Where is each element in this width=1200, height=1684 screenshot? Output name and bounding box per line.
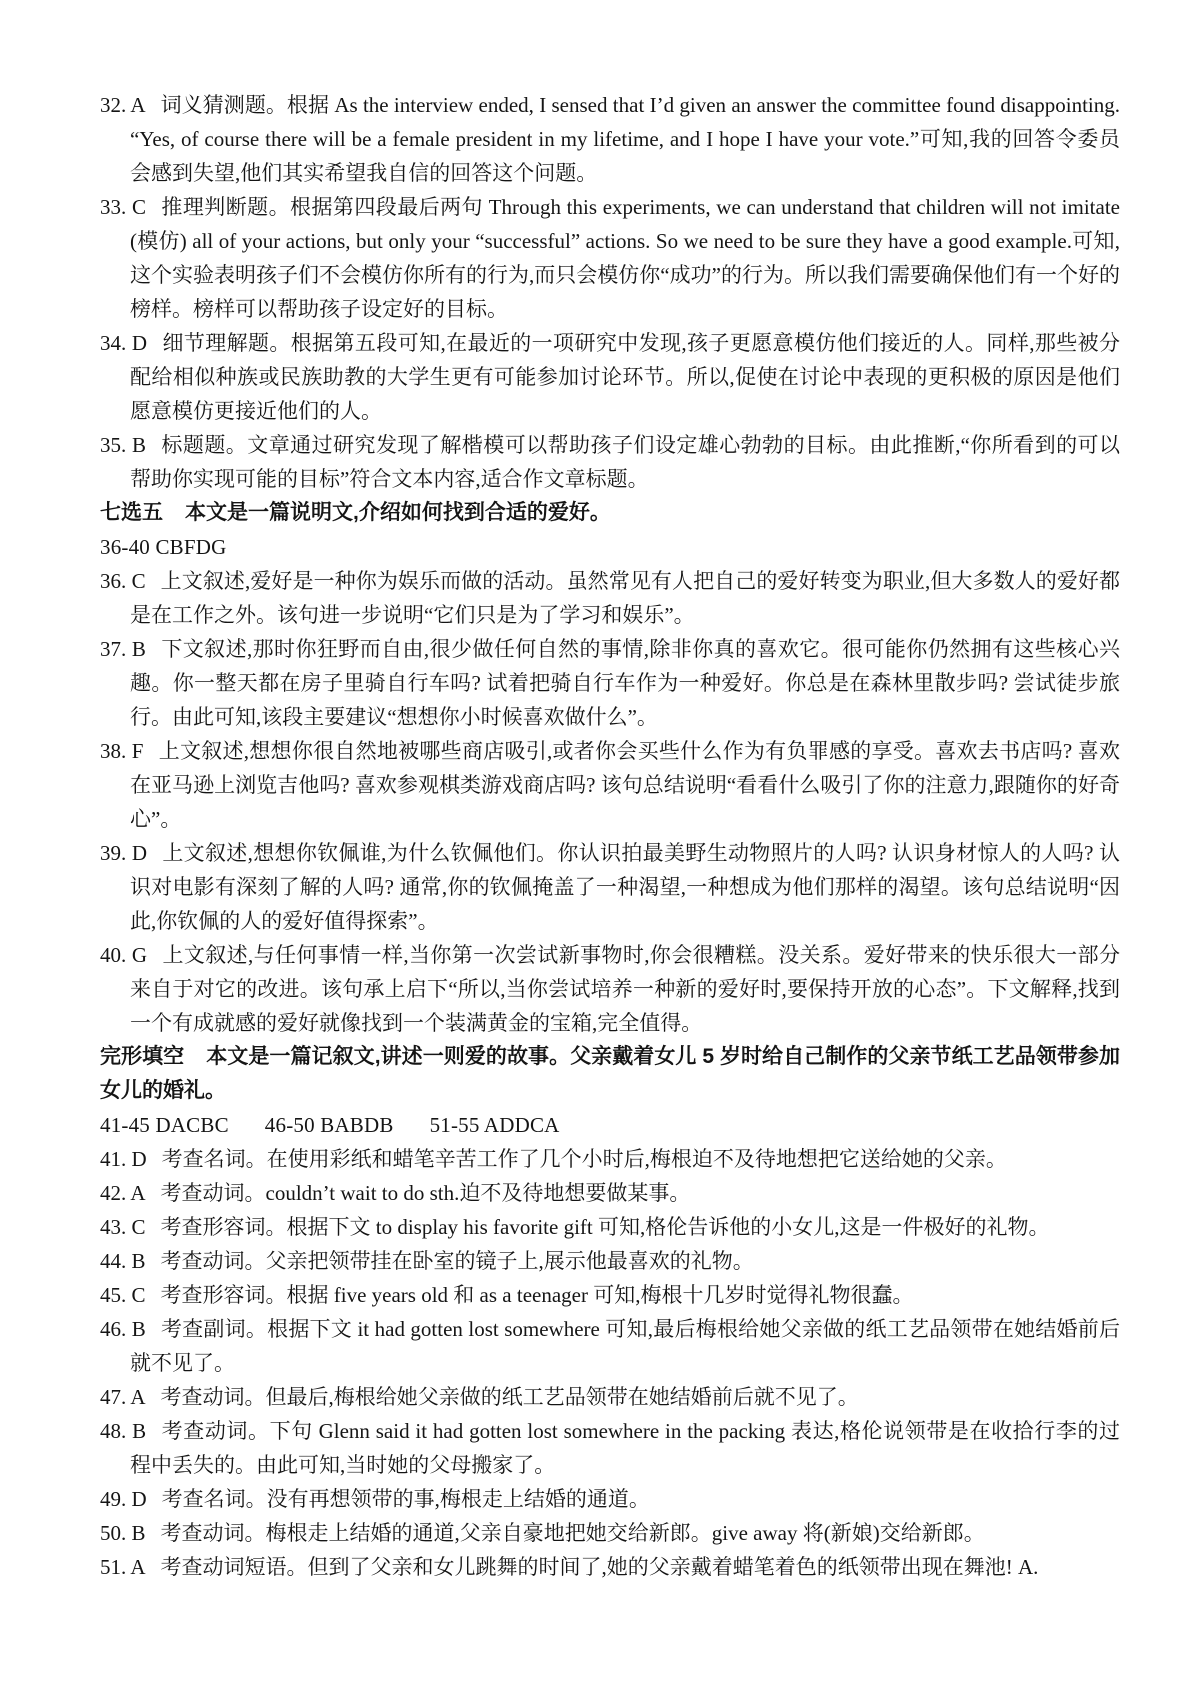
question-number-and-answer: 42. A [100,1181,146,1205]
answer-item-38: 38. F上文叙述,想想你很自然地被哪些商店吸引,或者你会买些什么作为有负罪感的… [100,734,1120,836]
answer-key-line: 36-40 CBFDG [100,530,1120,564]
answer-item-37: 37. B下文叙述,那时你狂野而自由,很少做任何自然的事情,除非你真的喜欢它。很… [100,632,1120,734]
explanation-text: 下文叙述,那时你狂野而自由,很少做任何自然的事情,除非你真的喜欢它。很可能你仍然… [130,637,1120,729]
explanation-text: 考查动词。父亲把领带挂在卧室的镜子上,展示他最喜欢的礼物。 [161,1249,754,1273]
explanation-text: 词义猜测题。根据 As the interview ended, I sense… [130,93,1120,185]
explanation-text: 上文叙述,想想你钦佩谁,为什么钦佩他们。你认识拍最美野生动物照片的人吗? 认识身… [130,841,1120,933]
question-number-and-answer: 47. A [100,1385,146,1409]
explanation-text: 考查形容词。根据 five years old 和 as a teenager … [161,1283,914,1307]
section-summary: 本文是一篇说明文,介绍如何找到合适的爱好。 [185,501,611,524]
answer-item-51: 51. A考查动词短语。但到了父亲和女儿跳舞的时间了,她的父亲戴着蜡笔着色的纸领… [100,1550,1120,1584]
answer-item-49: 49. D考查名词。没有再想领带的事,梅根走上结婚的通道。 [100,1482,1120,1516]
answer-item-42: 42. A考查动词。couldn’t wait to do sth.迫不及待地想… [100,1176,1120,1210]
question-number-and-answer: 44. B [100,1249,146,1273]
explanation-text: 上文叙述,与任何事情一样,当你第一次尝试新事物时,你会很糟糕。没关系。爱好带来的… [130,943,1120,1035]
answer-item-43: 43. C考查形容词。根据下文 to display his favorite … [100,1210,1120,1244]
explanation-text: 上文叙述,想想你很自然地被哪些商店吸引,或者你会买些什么作为有负罪感的享受。喜欢… [130,739,1120,831]
question-number-and-answer: 49. D [100,1487,147,1511]
section-title: 完形填空 [100,1045,184,1068]
question-number-and-answer: 46. B [100,1317,146,1341]
answer-item-32: 32. A词义猜测题。根据 As the interview ended, I … [100,88,1120,190]
explanation-text: 考查动词。梅根走上结婚的通道,父亲自豪地把她交给新郎。give away 将(新… [161,1521,985,1545]
explanation-text: 考查动词。下句 Glenn said it had gotten lost so… [130,1419,1120,1477]
answer-item-34: 34. D细节理解题。根据第五段可知,在最近的一项研究中发现,孩子更愿意模仿他们… [100,326,1120,428]
question-number-and-answer: 40. G [100,943,147,967]
question-number-and-answer: 45. C [100,1283,146,1307]
answer-item-36: 36. C上文叙述,爱好是一种你为娱乐而做的活动。虽然常见有人把自己的爱好转变为… [100,564,1120,632]
question-number-and-answer: 50. B [100,1521,146,1545]
question-number-and-answer: 41. D [100,1147,147,1171]
question-number-and-answer: 39. D [100,841,147,865]
answer-item-41: 41. D考查名词。在使用彩纸和蜡笔辛苦工作了几个小时后,梅根迫不及待地想把它送… [100,1142,1120,1176]
answer-item-39: 39. D上文叙述,想想你钦佩谁,为什么钦佩他们。你认识拍最美野生动物照片的人吗… [100,836,1120,938]
explanation-text: 考查动词。couldn’t wait to do sth.迫不及待地想要做某事。 [161,1181,691,1205]
question-number-and-answer: 34. D [100,331,147,355]
answer-key-group: 51-55 ADDCA [430,1113,560,1137]
answer-item-47: 47. A考查动词。但最后,梅根给她父亲做的纸工艺品领带在她结婚前后就不见了。 [100,1380,1120,1414]
answer-item-45: 45. C考查形容词。根据 five years old 和 as a teen… [100,1278,1120,1312]
answer-item-46: 46. B考查副词。根据下文 it had gotten lost somewh… [100,1312,1120,1380]
question-number-and-answer: 51. A [100,1555,146,1579]
answer-item-33: 33. C推理判断题。根据第四段最后两句 Through this experi… [100,190,1120,326]
question-number-and-answer: 37. B [100,637,146,661]
explanation-text: 考查名词。在使用彩纸和蜡笔辛苦工作了几个小时后,梅根迫不及待地想把它送给她的父亲… [162,1147,1007,1171]
explanation-text: 考查副词。根据下文 it had gotten lost somewhere 可… [130,1317,1120,1375]
explanation-text: 标题题。文章通过研究发现了解楷模可以帮助孩子们设定雄心勃勃的目标。由此推断,“你… [130,433,1120,491]
question-number-and-answer: 38. F [100,739,143,763]
answer-item-35: 35. B标题题。文章通过研究发现了解楷模可以帮助孩子们设定雄心勃勃的目标。由此… [100,428,1120,496]
answer-key-group: 36-40 CBFDG [100,535,226,559]
explanation-text: 考查形容词。根据下文 to display his favorite gift … [161,1215,1050,1239]
explanation-text: 考查动词。但最后,梅根给她父亲做的纸工艺品领带在她结婚前后就不见了。 [161,1385,859,1409]
answer-key-group: 46-50 BABDB [265,1113,394,1137]
answer-item-50: 50. B考查动词。梅根走上结婚的通道,父亲自豪地把她交给新郎。give awa… [100,1516,1120,1550]
section-header: 七选五本文是一篇说明文,介绍如何找到合适的爱好。 [100,496,1120,530]
section-title: 七选五 [100,501,163,524]
answer-item-40: 40. G上文叙述,与任何事情一样,当你第一次尝试新事物时,你会很糟糕。没关系。… [100,938,1120,1040]
answer-key-page: 32. A词义猜测题。根据 As the interview ended, I … [0,0,1200,1684]
question-number-and-answer: 36. C [100,569,146,593]
explanation-text: 考查名词。没有再想领带的事,梅根走上结婚的通道。 [162,1487,650,1511]
answer-key-line: 41-45 DACBC46-50 BABDB51-55 ADDCA [100,1108,1120,1142]
explanation-text: 细节理解题。根据第五段可知,在最近的一项研究中发现,孩子更愿意模仿他们接近的人。… [130,331,1120,423]
answer-explanations: 32. A词义猜测题。根据 As the interview ended, I … [100,88,1120,1584]
section-summary: 本文是一篇记叙文,讲述一则爱的故事。父亲戴着女儿 5 岁时给自己制作的父亲节纸工… [100,1045,1120,1102]
explanation-text: 上文叙述,爱好是一种你为娱乐而做的活动。虽然常见有人把自己的爱好转变为职业,但大… [130,569,1120,627]
explanation-text: 考查动词短语。但到了父亲和女儿跳舞的时间了,她的父亲戴着蜡笔着色的纸领带出现在舞… [161,1555,1039,1579]
explanation-text: 推理判断题。根据第四段最后两句 Through this experiments… [130,195,1120,321]
answer-item-48: 48. B考查动词。下句 Glenn said it had gotten lo… [100,1414,1120,1482]
question-number-and-answer: 32. A [100,93,146,117]
question-number-and-answer: 33. C [100,195,146,219]
question-number-and-answer: 35. B [100,433,146,457]
question-number-and-answer: 48. B [100,1419,146,1443]
question-number-and-answer: 43. C [100,1215,146,1239]
answer-item-44: 44. B考查动词。父亲把领带挂在卧室的镜子上,展示他最喜欢的礼物。 [100,1244,1120,1278]
section-header: 完形填空本文是一篇记叙文,讲述一则爱的故事。父亲戴着女儿 5 岁时给自己制作的父… [100,1040,1120,1108]
answer-key-group: 41-45 DACBC [100,1113,229,1137]
